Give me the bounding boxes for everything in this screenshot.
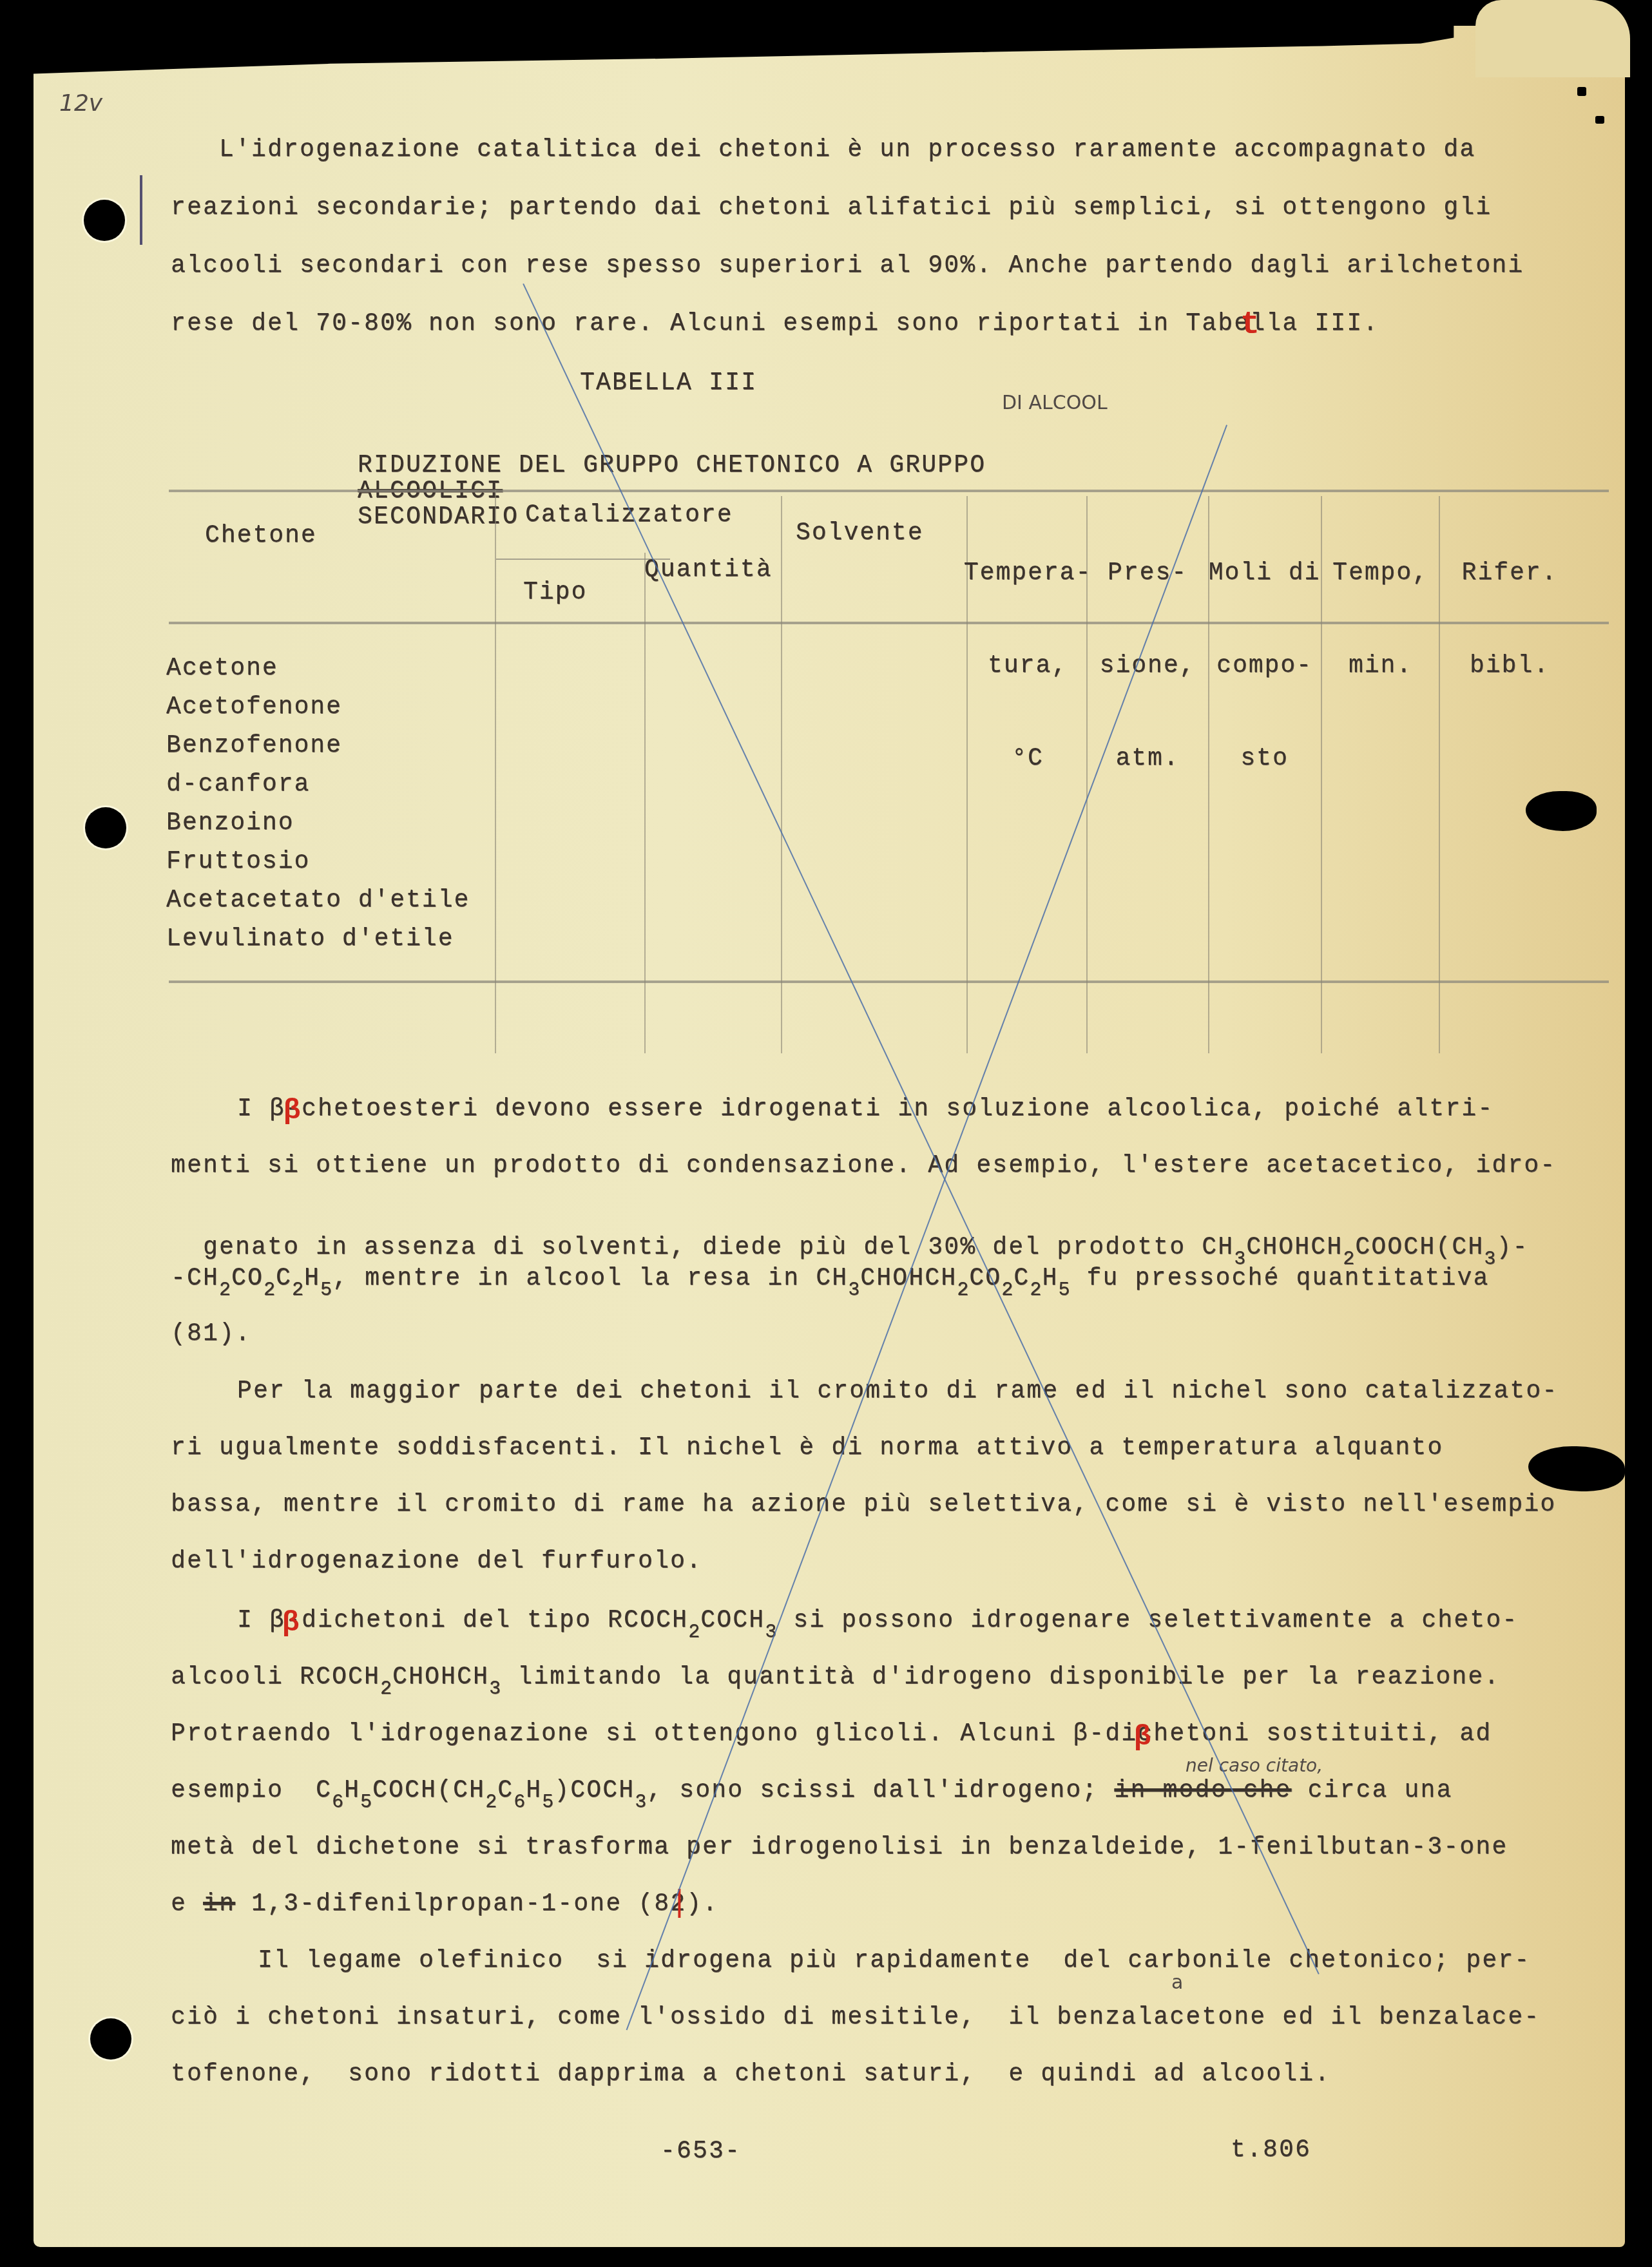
intro-line: alcooli secondari con rese spesso superi… [171,253,1524,279]
margin-mark [140,175,142,245]
para-line: alcooli RCOCH2CHOHCH3 limitando la quant… [171,1665,1500,1702]
para-line: genato in assenza di solventi, diede più… [171,1209,1528,1272]
punch-hole [90,2018,131,2060]
para-line: dell'idrogenazione del furfurolo. [171,1549,702,1574]
table-row: Benzofenone [166,727,342,765]
page-number: -653- [660,2139,741,2165]
header-tipo: Tipo [523,573,587,612]
footer-ref: t.806 [1231,2138,1311,2163]
para-line: tofenone, sono ridotti dapprima a cheton… [171,2061,1330,2087]
punch-hole-torn [1526,791,1597,831]
header-tempo: Tempo, min. [1321,496,1440,713]
margin-note: 12v [59,90,102,117]
pin-hole [1595,116,1604,124]
intro-line: L'idrogenazione catalitica dei chetoni è… [219,137,1475,163]
para-line: Per la maggior parte dei chetoni il crom… [237,1379,1558,1404]
table-row: Benzoino [166,804,294,843]
para-line: menti si ottiene un prodotto di condensa… [171,1153,1556,1179]
table-row: d-canfora [166,765,310,804]
handwritten-insertion: DI ALCOOL [1002,392,1108,414]
para-line: bassa, mentre il cromito di rame ha azio… [171,1492,1556,1518]
header-moli: Moli di compo- sto [1208,496,1321,805]
table-row: Levulinato d'etile [166,920,454,959]
para-line: I β-dichetoni del tipo RCOCH2COCH3 si po… [237,1608,1518,1645]
handwritten-insert-a: a [1171,1971,1183,1994]
para-line: -CH2CO2C2H5, mentre in alcool la resa in… [171,1266,1490,1303]
torn-corner-flap [1475,0,1630,77]
para-line: I β-chetoesteri devono essere idrogenati… [237,1096,1494,1122]
table-row: Fruttosio [166,843,310,881]
para-line: ciò i chetoni insaturi, come l'ossido di… [171,2005,1540,2031]
table-row: Acetofenone [166,688,342,727]
para-line: (81). [171,1321,251,1347]
title-before: RIDUZIONE DEL GRUPPO CHETONICO A GRUPPO [358,452,986,479]
para-line: Il legame olefinico si idrogena più rapi… [258,1948,1530,1974]
table-col-divider [781,496,782,1053]
table-row: Acetone [166,649,278,688]
table-label: TABELLA III [580,370,757,396]
para-line: ri ugualmente soddisfacenti. Il nichel è… [171,1435,1443,1461]
para-line: metà del dichetone si trasforma per idro… [171,1835,1508,1860]
punch-hole [85,807,126,848]
para-line: esempio C6H5COCH(CH2C6H5)COCH3, sono sci… [171,1778,1452,1815]
header-riferimento: Rifer. bibl. [1439,496,1580,713]
pin-hole [1577,87,1586,96]
red-correction-mark: t [1240,307,1260,343]
intro-line: reazioni secondarie; partendo dai cheton… [171,195,1492,221]
red-beta-mark: β [1134,1721,1151,1754]
header-catalizzatore: Catalizzatore [525,496,733,535]
header-chetone: Chetone [205,517,317,555]
table-col-divider [495,490,496,1053]
handwritten-insert: nel caso citato, [1186,1755,1323,1776]
para-line: Protraendo l'idrogenazione si ottengono … [171,1721,1492,1747]
red-beta-mark: β [282,1607,299,1640]
red-beta-mark: β [283,1095,300,1127]
table-bottom-rule [169,980,1609,983]
header-pressione: Pres- sione, atm. [1086,496,1209,805]
table-col-divider [644,553,646,1053]
table-top-rule [169,490,1609,492]
para-line: e in 1,3-difenilpropan-1-one (82). [171,1891,718,1917]
header-solvente: Solvente [796,514,923,553]
header-temperatura: Tempera- tura, °C [963,496,1092,805]
table-row: Acetacetato d'etile [166,881,470,920]
intro-line: rese del 70-80% non sono rare. Alcuni es… [171,311,1379,337]
punch-hole [84,200,125,241]
